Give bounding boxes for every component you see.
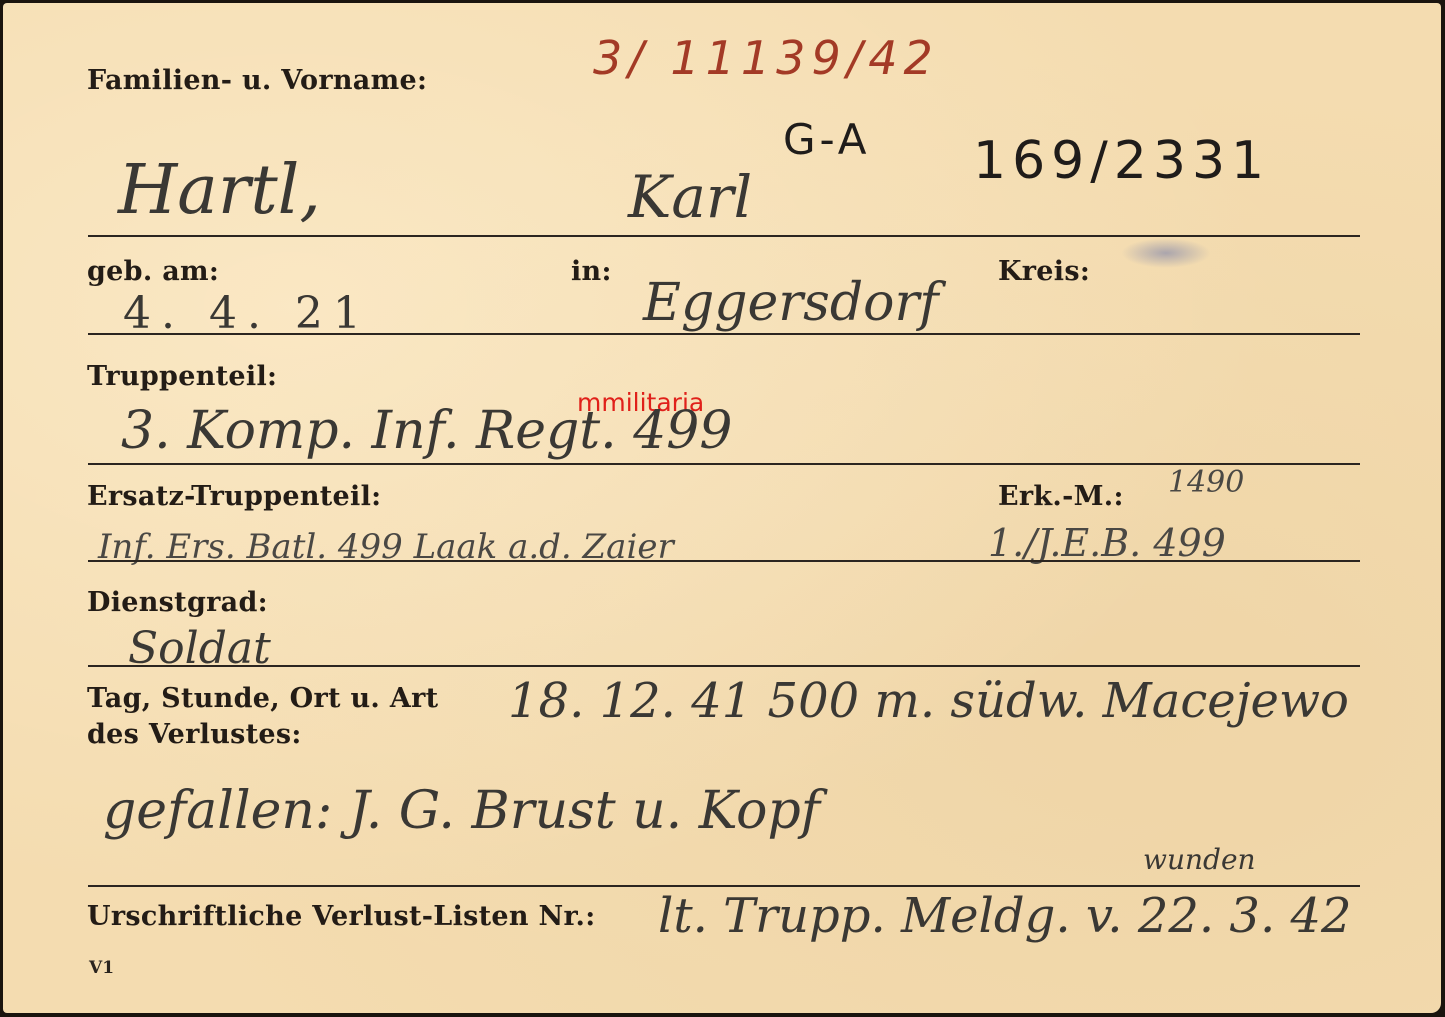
casualty-record-card: 3/ 11139/42 G-A 169/2331 Familien- u. Vo… — [3, 3, 1441, 1013]
loss-value-line1: 18. 12. 41 500 m. südw. Macejewo — [508, 673, 1349, 729]
name-rule — [88, 235, 1360, 237]
loss-rule — [88, 885, 1360, 887]
unit-value: 3. Komp. Inf. Regt. 499 — [121, 401, 732, 461]
birth-date-label: geb. am: — [87, 256, 219, 287]
id-tag-unit-value: 1./J.E.B. 499 — [988, 521, 1226, 565]
stamp-number: 169/2331 — [973, 131, 1270, 191]
red-reference-number: 3/ 11139/42 — [593, 31, 939, 85]
rank-rule — [88, 665, 1360, 667]
loss-value-line2: gefallen: J. G. Brust u. Kopf — [103, 781, 820, 841]
loss-annotation: wunden — [1143, 843, 1256, 876]
loss-label-line1: Tag, Stunde, Ort u. Art — [87, 683, 438, 714]
replacement-rule — [88, 560, 1360, 562]
district-label: Kreis: — [998, 256, 1090, 287]
loss-list-label: Urschriftliche Verlust-Listen Nr.: — [87, 901, 596, 932]
loss-list-value: lt. Trupp. Meldg. v. 22. 3. 42 — [658, 888, 1352, 944]
form-id: V1 — [89, 958, 114, 978]
birth-rule — [88, 333, 1360, 335]
loss-label-line2: des Verlustes: — [87, 719, 302, 750]
id-tag-value: 1490 — [1168, 465, 1244, 500]
given-name-value: Karl — [628, 163, 752, 231]
birth-place-label: in: — [571, 256, 612, 287]
replacement-unit-label: Ersatz-Truppenteil: — [87, 481, 381, 512]
stamp-code: G-A — [783, 115, 871, 164]
birth-place-value: Eggersdorf — [643, 273, 939, 333]
birth-date-value: 4. 4. 21 — [123, 288, 371, 339]
ink-smudge — [1121, 238, 1211, 268]
id-tag-label: Erk.-M.: — [998, 481, 1124, 512]
unit-label: Truppenteil: — [87, 361, 277, 392]
rank-label: Dienstgrad: — [87, 587, 268, 618]
name-label: Familien- u. Vorname: — [87, 65, 427, 96]
surname-value: Hartl, — [118, 151, 321, 230]
